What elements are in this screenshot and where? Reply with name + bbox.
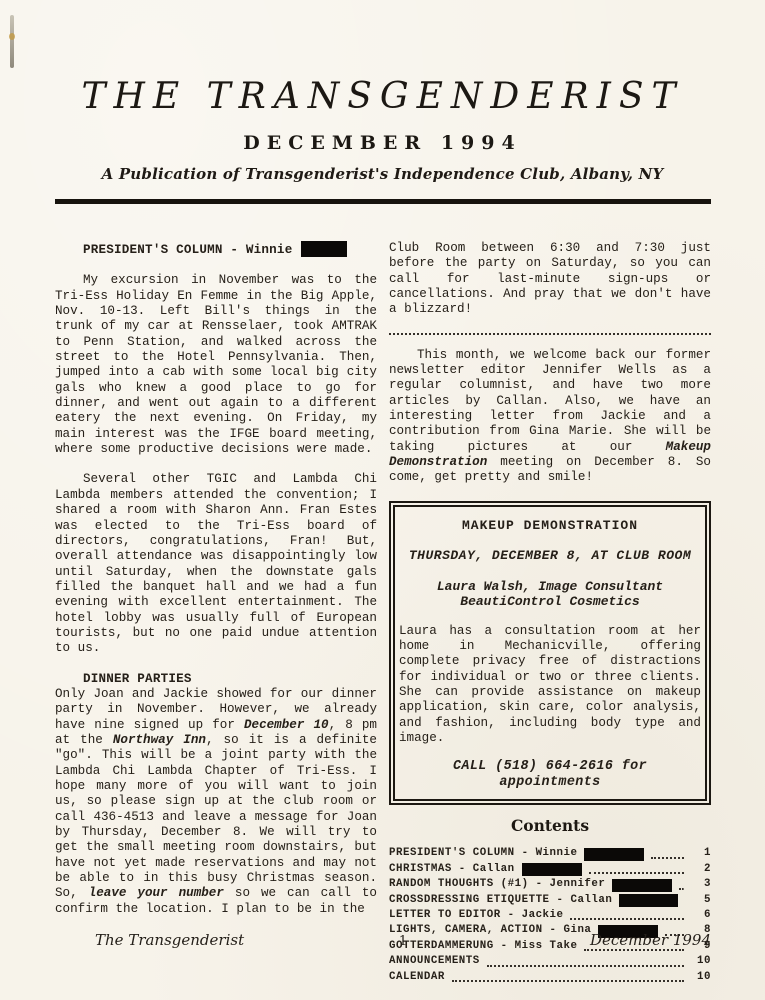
footer-page-number: 1 (383, 934, 423, 949)
redaction-box (522, 863, 582, 876)
toc-row: CALENDAR 10 (389, 970, 711, 985)
paragraph-dinner-parties: Only Joan and Jackie showed for our dinn… (55, 687, 377, 917)
makeup-box-phone: CALL (518) 664-2616 for appointments (399, 759, 701, 790)
presenter-name: Laura Walsh, Image Consultant (399, 579, 701, 595)
header-rule (55, 199, 711, 204)
toc-page-number: 2 (689, 862, 711, 877)
toc-page-number: 5 (690, 893, 711, 908)
text-run: This month, we welcome back our former n… (389, 348, 711, 454)
right-column: Club Room between 6:30 and 7:30 just bef… (389, 241, 711, 985)
toc-page-number: 6 (689, 908, 711, 923)
text-run: , so it is a definite "go". This will be… (55, 733, 377, 900)
footer-issue-date: December 1994 (423, 931, 711, 949)
toc-dot-leader (452, 980, 684, 982)
paragraph-club-room: Club Room between 6:30 and 7:30 just bef… (389, 241, 711, 318)
emphasized-text: December 10 (244, 718, 329, 732)
toc-page-number: 10 (689, 954, 711, 969)
left-column: PRESIDENT'S COLUMN - Winnie My excursion… (55, 241, 377, 985)
toc-row: LETTER TO EDITOR - Jackie 6 (389, 908, 711, 923)
toc-row: CROSSDRESSING ETIQUETTE - Callan 5 (389, 893, 711, 908)
presidents-column-heading-text: PRESIDENT'S COLUMN - Winnie (83, 243, 292, 257)
dinner-parties-heading: DINNER PARTIES (55, 672, 377, 687)
toc-title: RANDOM THOUGHTS (#1) - Jennifer (389, 877, 605, 892)
toc-row: CHRISTMAS - Callan 2 (389, 862, 711, 877)
makeup-box-presenter: Laura Walsh, Image Consultant BeautiCont… (399, 579, 701, 610)
issue-date: DECEMBER 1994 (0, 132, 765, 154)
toc-row: RANDOM THOUGHTS (#1) - Jennifer 3 (389, 877, 711, 892)
toc-title: ANNOUNCEMENTS (389, 954, 480, 969)
contents-list: PRESIDENT'S COLUMN - Winnie 1 CHRISTMAS … (389, 846, 711, 985)
toc-page-number: 10 (689, 970, 711, 985)
presenter-company: BeautiControl Cosmetics (399, 594, 701, 610)
toc-title: PRESIDENT'S COLUMN - Winnie (389, 846, 577, 861)
toc-dot-leader (679, 888, 684, 890)
toc-page-number: 1 (689, 846, 711, 861)
newsletter-page: THE TRANSGENDERIST DECEMBER 1994 A Publi… (0, 0, 765, 1000)
emphasized-text: leave your number (89, 886, 224, 900)
toc-dot-leader (584, 949, 684, 951)
redaction-box (619, 894, 677, 907)
redaction-box (584, 848, 644, 861)
page-footer: The Transgenderist 1 December 1994 (55, 931, 711, 949)
makeup-box-body: Laura has a consultation room at her hom… (399, 624, 701, 747)
makeup-demonstration-box: MAKEUP DEMONSTRATION THURSDAY, DECEMBER … (389, 501, 711, 805)
presidents-column-heading: PRESIDENT'S COLUMN - Winnie (55, 241, 377, 258)
toc-dot-leader (589, 872, 684, 874)
toc-dot-leader (651, 857, 684, 859)
redaction-box (612, 879, 672, 892)
paragraph-presidents-2: Several other TGIC and Lambda Chi Lambda… (55, 472, 377, 656)
toc-page-number: 3 (689, 877, 711, 892)
masthead: THE TRANSGENDERIST DECEMBER 1994 A Publi… (0, 76, 765, 183)
toc-row: ANNOUNCEMENTS 10 (389, 954, 711, 969)
body-columns: PRESIDENT'S COLUMN - Winnie My excursion… (55, 241, 711, 985)
staple-mark (10, 15, 14, 68)
toc-title: LETTER TO EDITOR - Jackie (389, 908, 563, 923)
toc-title: CHRISTMAS - Callan (389, 862, 515, 877)
toc-title: CROSSDRESSING ETIQUETTE - Callan (389, 893, 612, 908)
toc-dot-leader (487, 965, 684, 967)
footer-newsletter-name: The Transgenderist (55, 931, 383, 949)
makeup-box-datetime: THURSDAY, DECEMBER 8, AT CLUB ROOM (399, 548, 701, 563)
toc-title: CALENDAR (389, 970, 445, 985)
dotted-separator (389, 333, 711, 335)
toc-row: PRESIDENT'S COLUMN - Winnie 1 (389, 846, 711, 861)
paragraph-this-month: This month, we welcome back our former n… (389, 348, 711, 486)
paragraph-presidents-1: My excursion in November was to the Tri-… (55, 273, 377, 457)
tagline: A Publication of Transgenderist's Indepe… (0, 165, 765, 183)
contents-heading: Contents (389, 818, 711, 833)
makeup-box-title: MAKEUP DEMONSTRATION (399, 518, 701, 533)
redaction-box (301, 241, 347, 257)
emphasized-text: Northway Inn (113, 733, 206, 747)
newsletter-title: THE TRANSGENDERIST (0, 76, 765, 117)
contents-section: Contents PRESIDENT'S COLUMN - Winnie 1 C… (389, 818, 711, 985)
toc-dot-leader (570, 918, 684, 920)
